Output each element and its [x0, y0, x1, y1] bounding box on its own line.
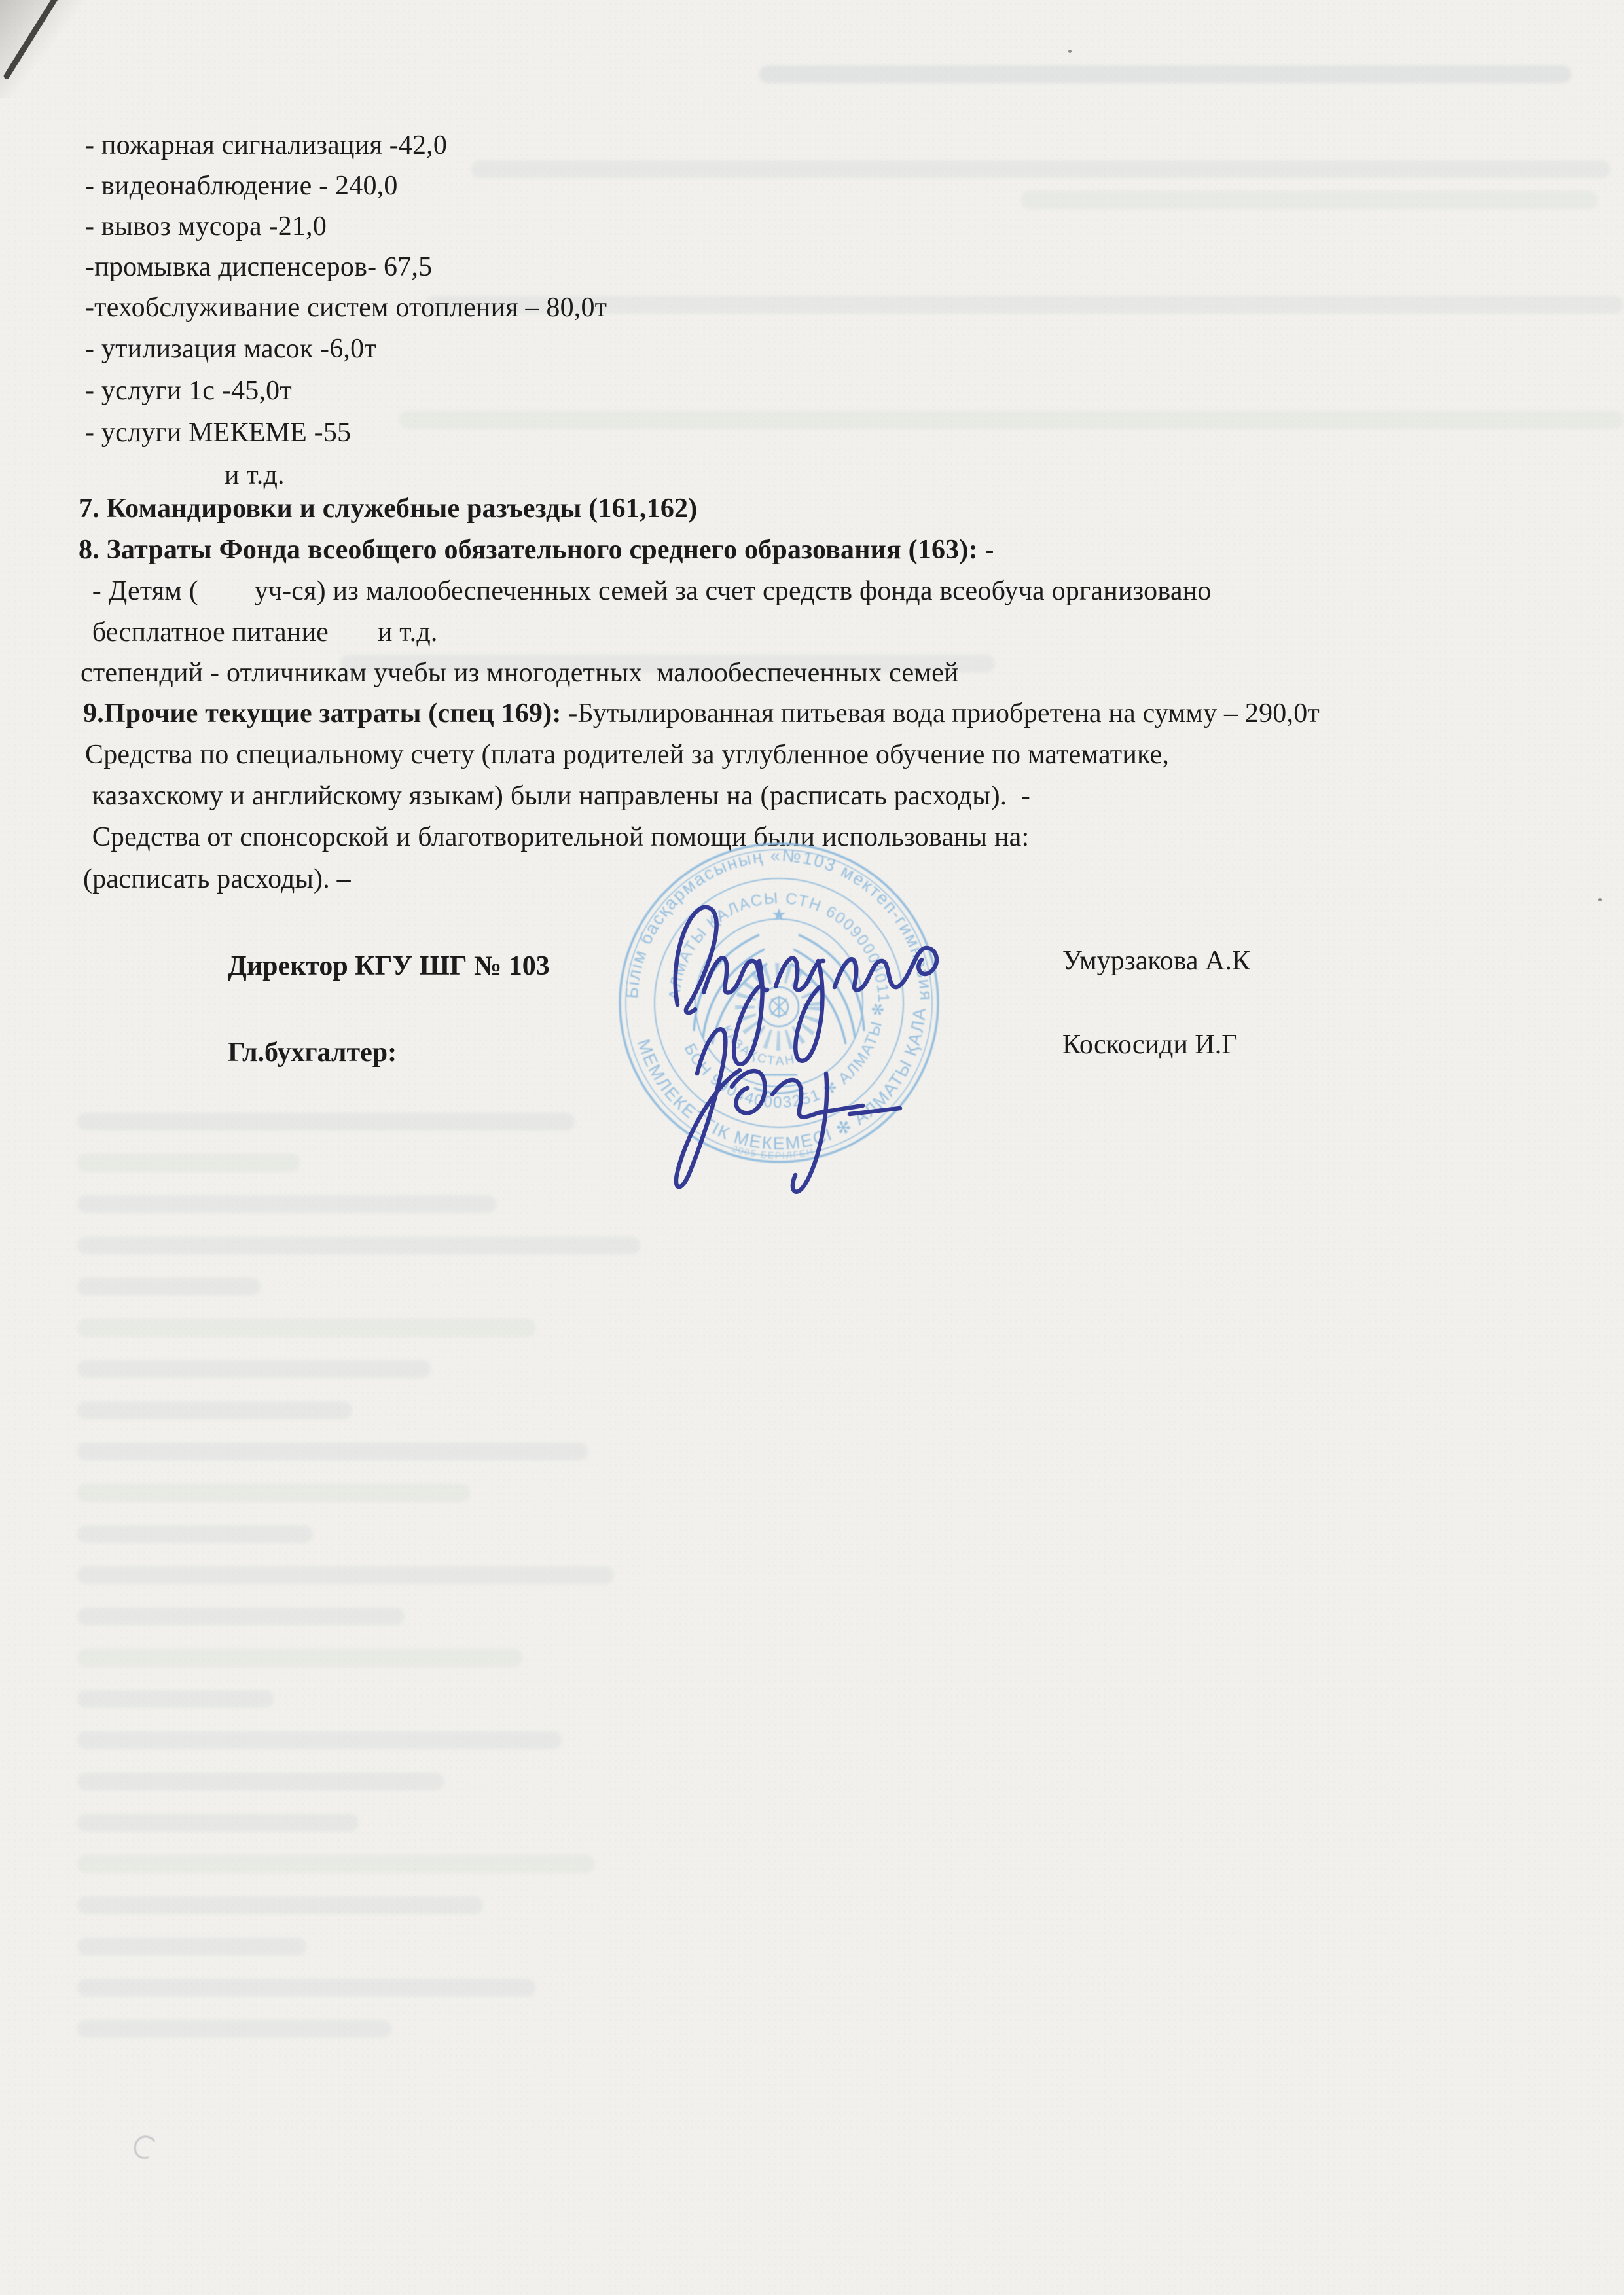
expense-line: -техобслуживание систем отопления – 80,0… [85, 291, 607, 324]
bleedthrough-line [77, 1525, 313, 1543]
section8-heading: 8. Затраты Фонда всеобщего обязательного… [79, 533, 994, 566]
dust-speck [1068, 50, 1072, 53]
bleedthrough-line [77, 1360, 431, 1378]
etc-line: и т.д. [225, 459, 285, 492]
director-label: Директор КГУ ШГ № 103 [228, 950, 550, 982]
expense-line: - видеонаблюдение - 240,0 [85, 170, 398, 202]
section9-line: Средства по специальному счету (плата ро… [85, 738, 1169, 771]
expense-line: - услуги 1с -45,0т [85, 374, 292, 407]
stamp-artwork: ★ Білім басқармасының «№103 мектеп-гимна… [602, 831, 938, 1162]
accountant-label: Гл.бухгалтер: [228, 1037, 397, 1068]
emblem-star-icon: ★ [771, 905, 786, 924]
expense-line: - пожарная сигнализация -42,0 [85, 129, 447, 162]
section8-line: бесплатное питание и т.д. [85, 616, 438, 649]
bleedthrough-line [77, 1731, 562, 1749]
section9-heading: 9.Прочие текущие затраты (спец 169): -Бу… [83, 697, 1320, 730]
bleedthrough-line [77, 1690, 274, 1708]
expense-line: - услуги МЕКЕМЕ -55 [85, 416, 351, 449]
bleedthrough-line [77, 1401, 352, 1419]
bleedthrough-line [77, 1154, 300, 1172]
bleedthrough-line [77, 1773, 444, 1790]
bleedthrough-line [77, 1113, 575, 1130]
dust-speck [1598, 898, 1602, 901]
pencil-smudge [131, 2133, 158, 2162]
bleedthrough-line [759, 65, 1571, 83]
bleedthrough-line [77, 1938, 306, 1955]
bleedthrough-line [77, 1896, 483, 1914]
section7-heading: 7. Командировки и служебные разъезды (16… [79, 492, 697, 525]
bleedthrough-line [77, 1237, 640, 1254]
bleedthrough-line [77, 1484, 470, 1502]
section8-line: степендий - отличникам учебы из многодет… [81, 657, 959, 689]
page-corner-fold [3, 0, 69, 80]
bleedthrough-line [1021, 191, 1597, 209]
bleedthrough-line [77, 1195, 496, 1213]
bleedthrough-line [77, 1319, 535, 1337]
section9-line: (расписать расходы). – [83, 863, 351, 895]
expense-line: - вывоз мусора -21,0 [85, 210, 327, 243]
bleedthrough-line [77, 1814, 359, 1832]
bleedthrough-line [77, 1443, 588, 1460]
bleedthrough-line [77, 1979, 535, 1997]
bleedthrough-line [77, 1278, 261, 1295]
bleedthrough-line [77, 2020, 391, 2038]
scanned-document-page: - пожарная сигнализация -42,0 - видеонаб… [0, 0, 1624, 2295]
section9-heading-rest: -Бутылированная питьевая вода приобретен… [562, 698, 1320, 729]
bleedthrough-line [77, 1608, 405, 1625]
accountant-name: Коскосиди И.Г [1062, 1029, 1238, 1060]
section9-line: казахскому и английскому языкам) были на… [85, 780, 1030, 812]
official-round-stamp: ★ Білім басқармасының «№103 мектеп-гимна… [602, 831, 969, 1198]
bleedthrough-line [77, 1649, 522, 1667]
section9-heading-bold: 9.Прочие текущие затраты (спец 169): [83, 698, 562, 729]
bleedthrough-line [77, 1855, 594, 1873]
expense-line: -промывка диспенсеров- 67,5 [85, 251, 432, 283]
section8-line: - Детям ( уч-ся) из малообеспеченных сем… [85, 575, 1212, 607]
expense-line: - утилизация масок -6,0т [85, 333, 376, 365]
bleedthrough-line [471, 160, 1610, 178]
director-name: Умурзакова А.К [1062, 945, 1250, 977]
bleedthrough-line [77, 1566, 614, 1584]
bleedthrough-line [399, 411, 1623, 429]
